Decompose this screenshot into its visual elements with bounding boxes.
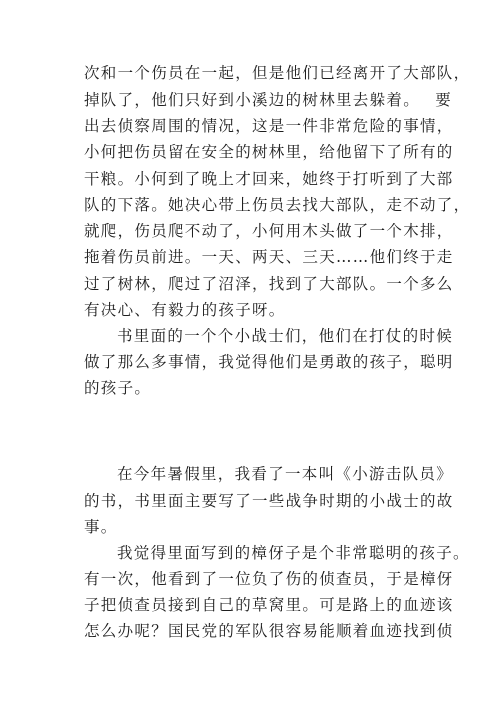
text-line: 做了那么多事情，我觉得他们是勇敢的孩子，聪明 [84, 349, 434, 375]
text-line: 出去侦察周围的情况，这是一件非常危险的事情， [84, 113, 434, 139]
text-line: 拖着伤员前进。一天、两天、三天……他们终于走 [84, 244, 434, 270]
text-line: 有一次，他看到了一位负了伤的侦查员，于是樟伢 [84, 566, 434, 592]
paragraph-start-line: 我觉得里面写到的樟伢子是个非常聪明的孩子。 [117, 540, 467, 566]
paragraph-start-line: 书里面的一个个小战士们，他们在打仗的时候 [117, 323, 467, 349]
text-line: 过了树林，爬过了沼泽，找到了大部队。一个多么 [84, 271, 434, 297]
text-line: 子把侦查员接到自己的草窝里。可是路上的血迹该 [84, 592, 434, 618]
text-line: 有决心、有毅力的孩子呀。 [84, 297, 434, 323]
text-line: 掉队了，他们只好到小溪边的树林里去躲着。 要 [84, 87, 434, 113]
document-page: 次和一个伤员在一起，但是他们已经离开了大部队， 掉队了，他们只好到小溪边的树林里… [0, 0, 500, 707]
text-line: 事。 [84, 514, 434, 540]
text-line: 队的下落。她决心带上伤员去找大部队，走不动了， [84, 192, 434, 218]
text-line: 小何把伤员留在安全的树林里，给他留下了所有的 [84, 139, 434, 165]
text-line: 怎么办呢？国民党的军队很容易能顺着血迹找到侦 [84, 618, 434, 644]
text-line: 的孩子。 [84, 375, 434, 401]
text-line: 就爬，伤员爬不动了，小何用木头做了一个木排， [84, 218, 434, 244]
text-line: 次和一个伤员在一起，但是他们已经离开了大部队， [84, 60, 434, 86]
paragraph-start-line: 在今年暑假里，我看了一本叫《小游击队员》 [117, 461, 467, 487]
text-line: 干粮。小何到了晚上才回来，她终于打听到了大部 [84, 166, 434, 192]
text-line: 的书，书里面主要写了一些战争时期的小战士的故 [84, 488, 434, 514]
